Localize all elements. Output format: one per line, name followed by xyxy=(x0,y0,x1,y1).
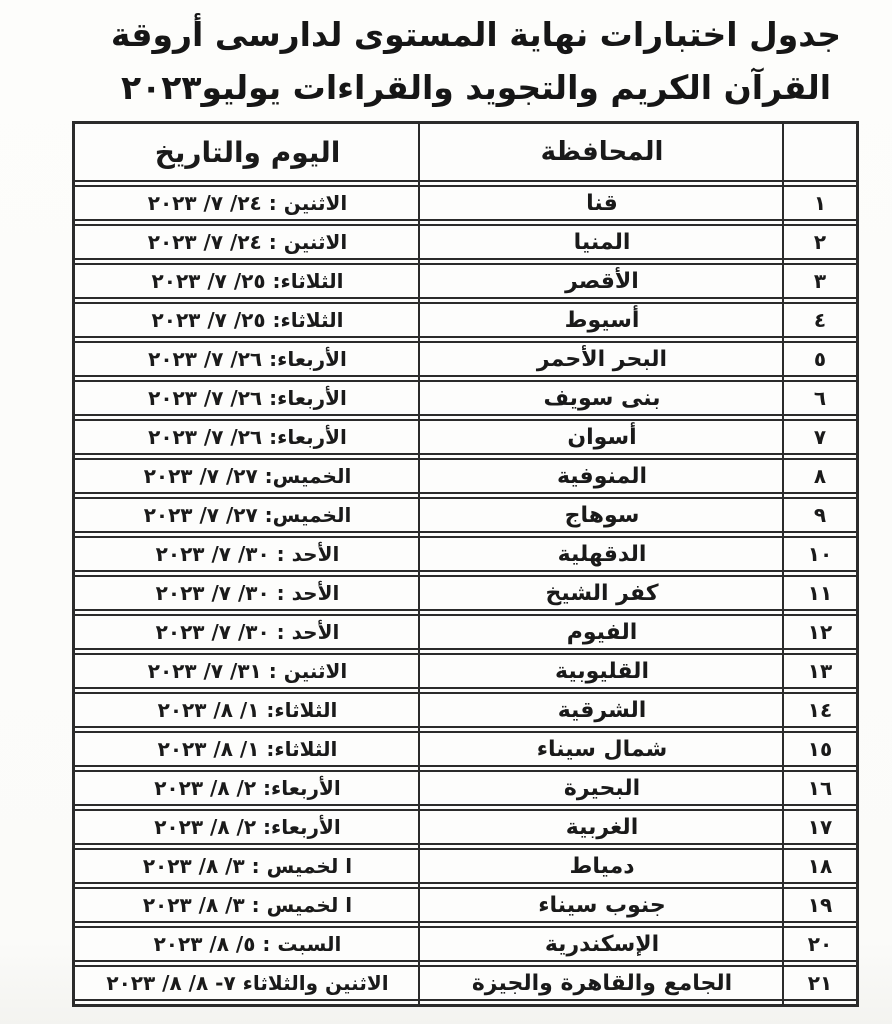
row-number-cell: ٣ xyxy=(784,265,856,297)
row-number-cell: ١٦ xyxy=(784,772,856,804)
day-date-cell: الخميس: ٢٧/ ٧/ ٢٠٢٣ xyxy=(75,460,420,492)
governorate-cell: كفر الشيخ xyxy=(420,577,784,609)
governorate-cell: دمياط xyxy=(420,850,784,882)
governorate-cell: المنوفية xyxy=(420,460,784,492)
row-number-cell: ١٧ xyxy=(784,811,856,843)
governorate-cell: البحيرة xyxy=(420,772,784,804)
row-number-cell: ٢ xyxy=(784,226,856,258)
table-header-row: المحافظة اليوم والتاريخ xyxy=(75,124,856,182)
day-date-cell: الخميس: ٢٧/ ٧/ ٢٠٢٣ xyxy=(75,499,420,531)
row-number-cell: ١٣ xyxy=(784,655,856,687)
column-separator-index xyxy=(782,124,785,1004)
day-date-cell: الأربعاء: ٢٦/ ٧/ ٢٠٢٣ xyxy=(75,382,420,414)
document-title: جدول اختبارات نهاية المستوى لدارسى أروقة… xyxy=(0,0,892,114)
row-number-cell: ٨ xyxy=(784,460,856,492)
governorate-cell: القليوبية xyxy=(420,655,784,687)
scanned-document-page: جدول اختبارات نهاية المستوى لدارسى أروقة… xyxy=(0,0,892,1024)
governorate-cell: أسيوط xyxy=(420,304,784,336)
day-date-cell: ا لخميس : ٣/ ٨/ ٢٠٢٣ xyxy=(75,850,420,882)
table-row: ٦بنى سويفالأربعاء: ٢٦/ ٧/ ٢٠٢٣ xyxy=(75,380,856,416)
day-date-cell: ا لخميس : ٣/ ٨/ ٢٠٢٣ xyxy=(75,889,420,921)
exam-schedule-table: المحافظة اليوم والتاريخ ١قناالاثنين : ٢٤… xyxy=(72,121,859,1007)
row-number-cell: ١٨ xyxy=(784,850,856,882)
row-number-cell: ٦ xyxy=(784,382,856,414)
row-number-cell: ١٥ xyxy=(784,733,856,765)
table-row: ٣الأقصرالثلاثاء: ٢٥/ ٧/ ٢٠٢٣ xyxy=(75,263,856,299)
day-date-cell: السبت : ٥/ ٨/ ٢٠٢٣ xyxy=(75,928,420,960)
governorate-cell: الأقصر xyxy=(420,265,784,297)
day-date-cell: الثلاثاء: ١/ ٨/ ٢٠٢٣ xyxy=(75,694,420,726)
row-number-cell: ٧ xyxy=(784,421,856,453)
day-date-cell: الأحد : ٣٠/ ٧/ ٢٠٢٣ xyxy=(75,577,420,609)
governorate-cell: المنيا xyxy=(420,226,784,258)
table-row: ٢١الجامع والقاهرة والجيزةالاثنين والثلاث… xyxy=(75,965,856,1001)
index-column-header xyxy=(784,124,856,180)
day-date-cell: الثلاثاء: ١/ ٨/ ٢٠٢٣ xyxy=(75,733,420,765)
day-date-cell: الثلاثاء: ٢٥/ ٧/ ٢٠٢٣ xyxy=(75,304,420,336)
table-row: ١٢الفيومالأحد : ٣٠/ ٧/ ٢٠٢٣ xyxy=(75,614,856,650)
row-number-cell: ٢١ xyxy=(784,967,856,999)
row-number-cell: ١٩ xyxy=(784,889,856,921)
day-date-cell: الأحد : ٣٠/ ٧/ ٢٠٢٣ xyxy=(75,538,420,570)
row-number-cell: ٢٠ xyxy=(784,928,856,960)
row-number-cell: ١٠ xyxy=(784,538,856,570)
row-number-cell: ١٤ xyxy=(784,694,856,726)
table-body: ١قناالاثنين : ٢٤/ ٧/ ٢٠٢٣٢المنياالاثنين … xyxy=(75,185,856,1001)
table-row: ٤أسيوطالثلاثاء: ٢٥/ ٧/ ٢٠٢٣ xyxy=(75,302,856,338)
column-separator-governorate xyxy=(418,124,421,1004)
table-row: ٩سوهاجالخميس: ٢٧/ ٧/ ٢٠٢٣ xyxy=(75,497,856,533)
day-date-cell: الأربعاء: ٢٦/ ٧/ ٢٠٢٣ xyxy=(75,421,420,453)
table-row: ١٤الشرقيةالثلاثاء: ١/ ٨/ ٢٠٢٣ xyxy=(75,692,856,728)
table-row: ١٦البحيرةالأربعاء: ٢/ ٨/ ٢٠٢٣ xyxy=(75,770,856,806)
day-date-column-header: اليوم والتاريخ xyxy=(75,124,420,180)
table-row: ٥البحر الأحمرالأربعاء: ٢٦/ ٧/ ٢٠٢٣ xyxy=(75,341,856,377)
governorate-cell: قنا xyxy=(420,187,784,219)
day-date-cell: الأربعاء: ٢/ ٨/ ٢٠٢٣ xyxy=(75,772,420,804)
governorate-cell: شمال سيناء xyxy=(420,733,784,765)
governorate-cell: سوهاج xyxy=(420,499,784,531)
day-date-cell: الاثنين والثلاثاء ٧- ٨/ ٨/ ٢٠٢٣ xyxy=(75,967,420,999)
title-line-1: جدول اختبارات نهاية المستوى لدارسى أروقة xyxy=(60,8,892,61)
day-date-cell: الأربعاء: ٢/ ٨/ ٢٠٢٣ xyxy=(75,811,420,843)
governorate-cell: الغربية xyxy=(420,811,784,843)
governorate-cell: الجامع والقاهرة والجيزة xyxy=(420,967,784,999)
table-row: ٢٠الإسكندريةالسبت : ٥/ ٨/ ٢٠٢٣ xyxy=(75,926,856,962)
table-row: ١٩جنوب سيناءا لخميس : ٣/ ٨/ ٢٠٢٣ xyxy=(75,887,856,923)
table-row: ١قناالاثنين : ٢٤/ ٧/ ٢٠٢٣ xyxy=(75,185,856,221)
governorate-column-header: المحافظة xyxy=(420,124,784,180)
table-row: ١٠الدقهليةالأحد : ٣٠/ ٧/ ٢٠٢٣ xyxy=(75,536,856,572)
day-date-cell: الأربعاء: ٢٦/ ٧/ ٢٠٢٣ xyxy=(75,343,420,375)
row-number-cell: ٥ xyxy=(784,343,856,375)
governorate-cell: الفيوم xyxy=(420,616,784,648)
governorate-cell: الدقهلية xyxy=(420,538,784,570)
row-number-cell: ١١ xyxy=(784,577,856,609)
row-number-cell: ٩ xyxy=(784,499,856,531)
governorate-cell: الشرقية xyxy=(420,694,784,726)
row-number-cell: ١٢ xyxy=(784,616,856,648)
table-row: ٨المنوفيةالخميس: ٢٧/ ٧/ ٢٠٢٣ xyxy=(75,458,856,494)
table-row: ٢المنياالاثنين : ٢٤/ ٧/ ٢٠٢٣ xyxy=(75,224,856,260)
row-number-cell: ١ xyxy=(784,187,856,219)
day-date-cell: الأحد : ٣٠/ ٧/ ٢٠٢٣ xyxy=(75,616,420,648)
table-row: ٧أسوانالأربعاء: ٢٦/ ٧/ ٢٠٢٣ xyxy=(75,419,856,455)
day-date-cell: الثلاثاء: ٢٥/ ٧/ ٢٠٢٣ xyxy=(75,265,420,297)
table-row: ١١كفر الشيخالأحد : ٣٠/ ٧/ ٢٠٢٣ xyxy=(75,575,856,611)
governorate-cell: أسوان xyxy=(420,421,784,453)
day-date-cell: الاثنين : ٣١/ ٧/ ٢٠٢٣ xyxy=(75,655,420,687)
table-row: ١٧الغربيةالأربعاء: ٢/ ٨/ ٢٠٢٣ xyxy=(75,809,856,845)
table-row: ١٨دمياطا لخميس : ٣/ ٨/ ٢٠٢٣ xyxy=(75,848,856,884)
table-row: ١٥شمال سيناءالثلاثاء: ١/ ٨/ ٢٠٢٣ xyxy=(75,731,856,767)
day-date-cell: الاثنين : ٢٤/ ٧/ ٢٠٢٣ xyxy=(75,187,420,219)
title-line-2: القرآن الكريم والتجويد والقراءات يوليو٢٠… xyxy=(60,61,892,114)
governorate-cell: بنى سويف xyxy=(420,382,784,414)
governorate-cell: البحر الأحمر xyxy=(420,343,784,375)
row-number-cell: ٤ xyxy=(784,304,856,336)
governorate-cell: الإسكندرية xyxy=(420,928,784,960)
day-date-cell: الاثنين : ٢٤/ ٧/ ٢٠٢٣ xyxy=(75,226,420,258)
governorate-cell: جنوب سيناء xyxy=(420,889,784,921)
table-row: ١٣القليوبيةالاثنين : ٣١/ ٧/ ٢٠٢٣ xyxy=(75,653,856,689)
